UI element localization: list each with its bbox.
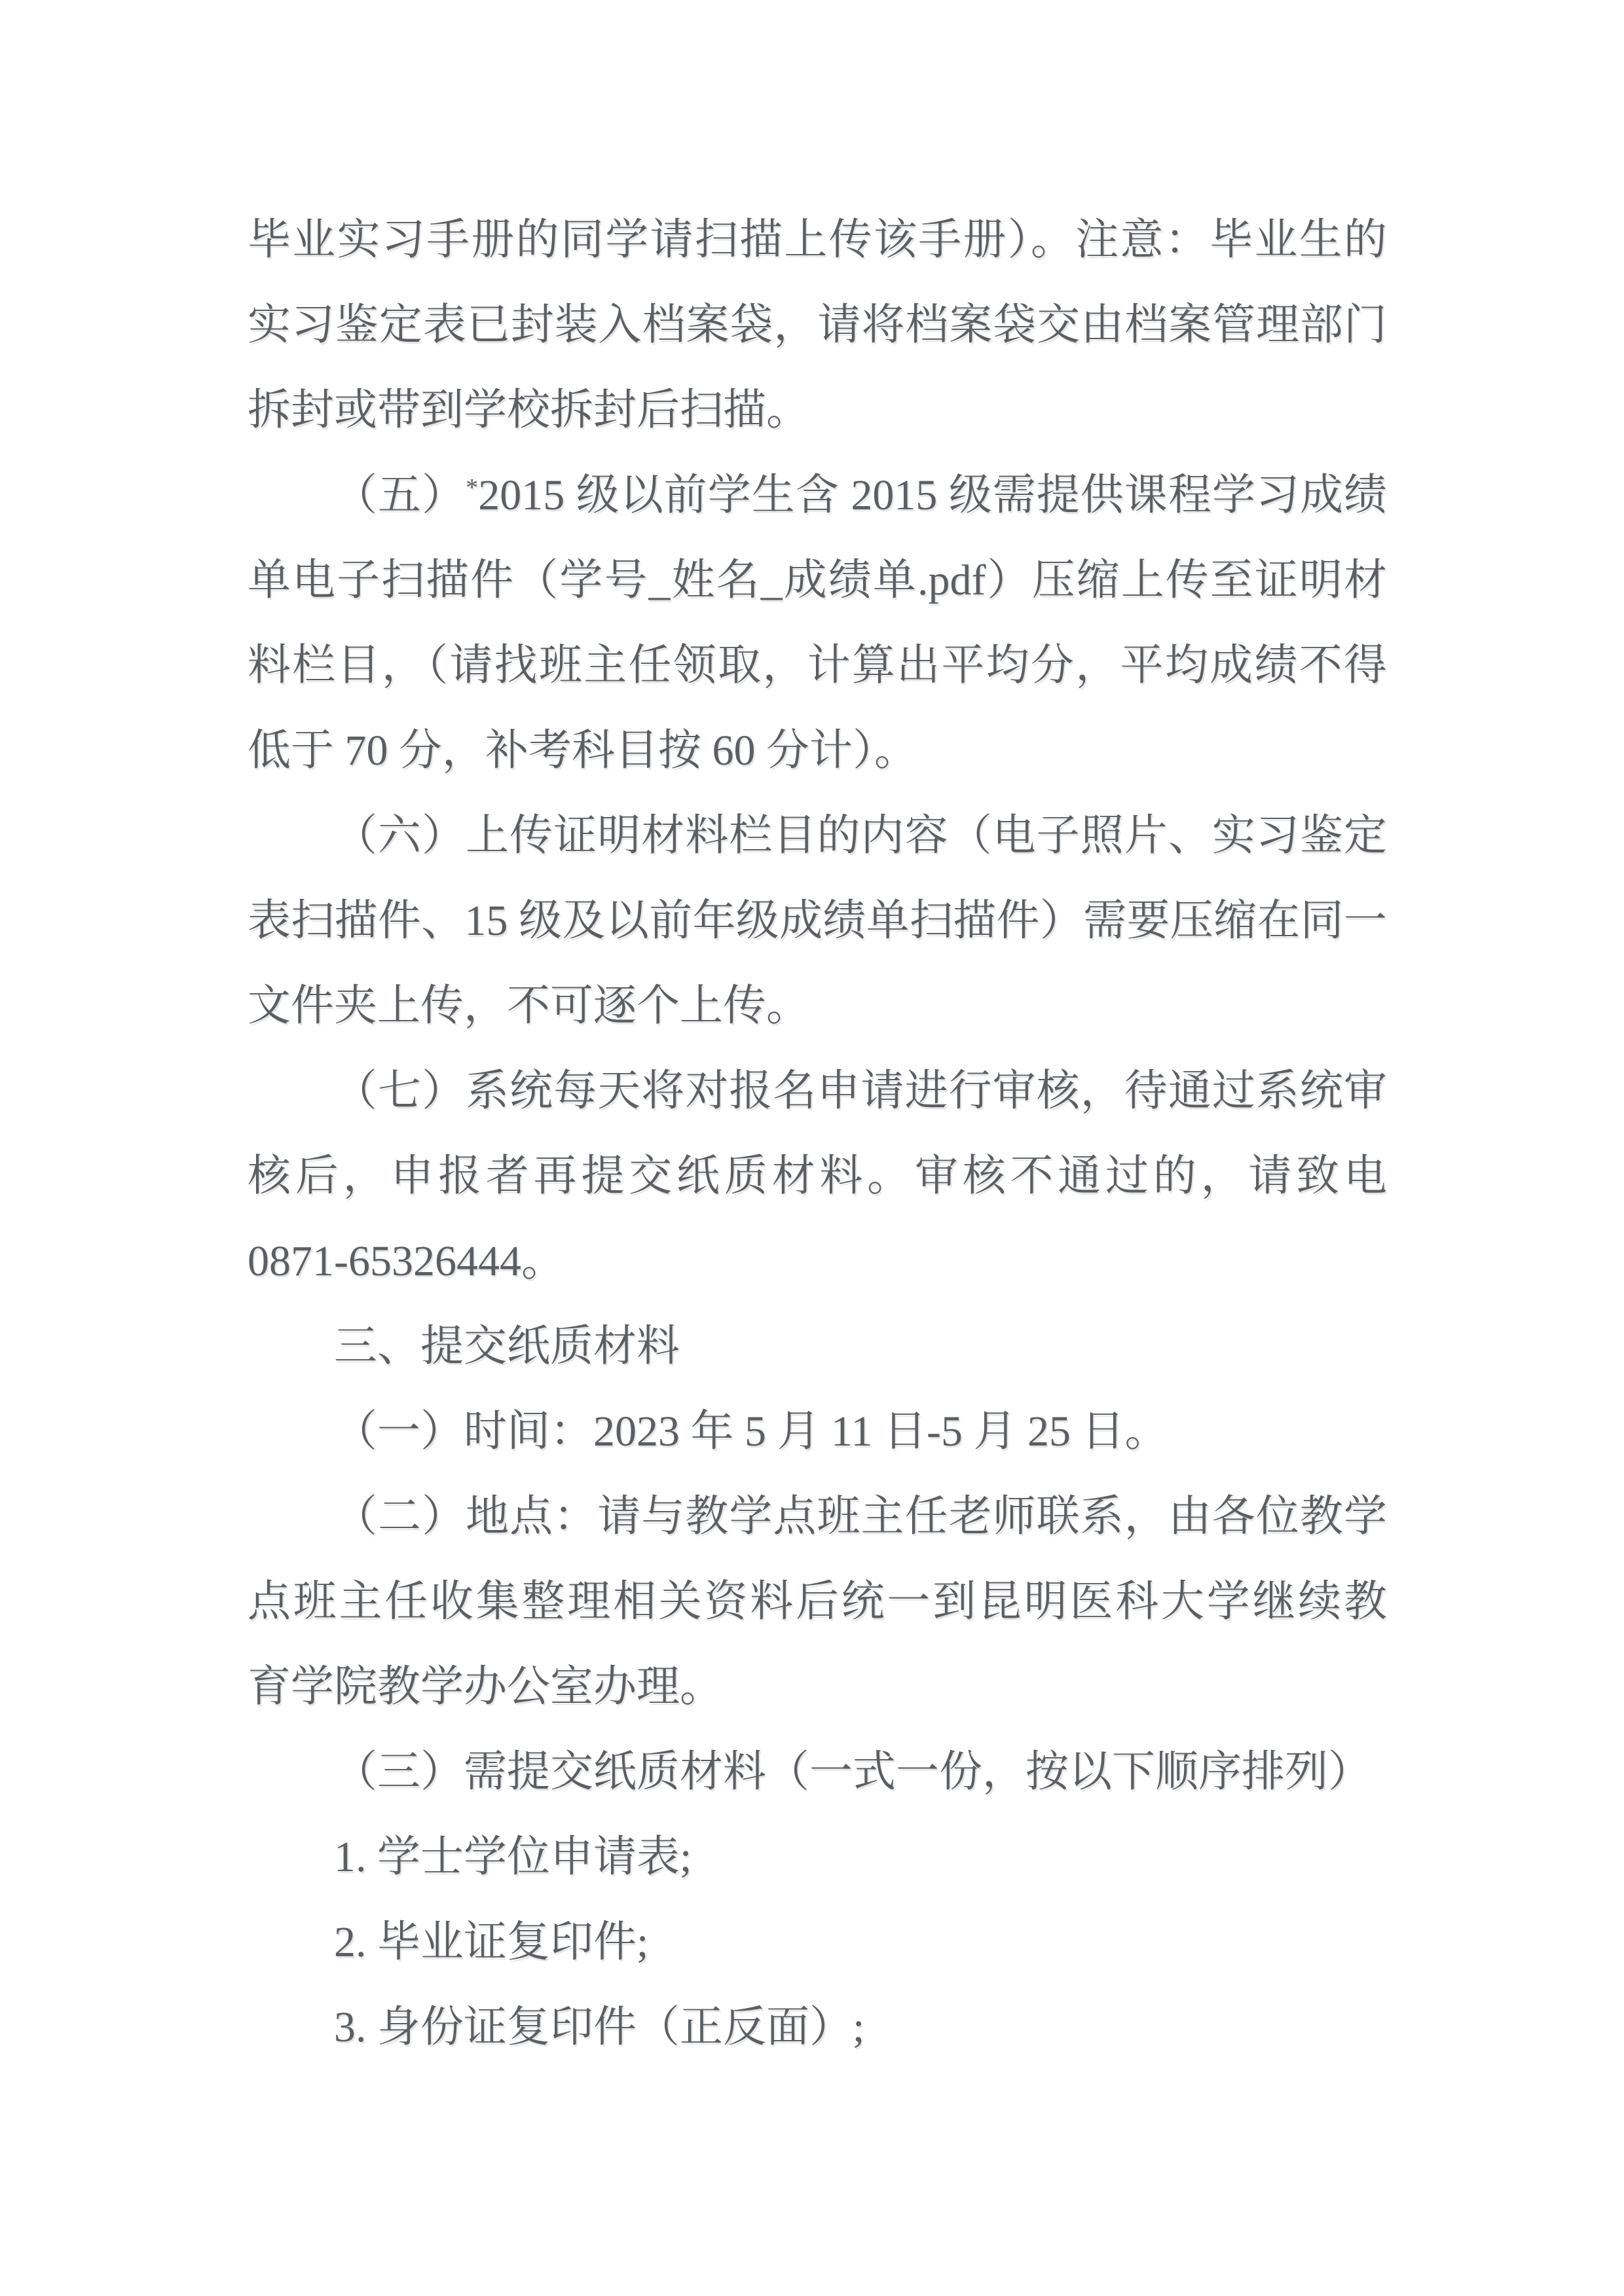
doc-list-item: 2. 毕业证复印件; bbox=[248, 1900, 1387, 1985]
doc-line: 实习鉴定表已封装入档案袋，请将档案袋交由档案管理部门 bbox=[248, 283, 1387, 368]
doc-line: 表扫描件、15 级及以前年级成绩单扫描件）需要压缩在同一 bbox=[248, 879, 1387, 964]
doc-line: 单电子扫描件（学号_姓名_成绩单.pdf）压缩上传至证明材 bbox=[248, 538, 1387, 623]
doc-line: （二）地点：请与教学点班主任老师联系，由各位教学 bbox=[248, 1474, 1387, 1559]
doc-line: 文件夹上传，不可逐个上传。 bbox=[248, 964, 1387, 1049]
document-page: 毕业实习手册的同学请扫描上传该手册）。注意：毕业生的 实习鉴定表已封装入档案袋，… bbox=[0, 0, 1624, 2296]
doc-line: 拆封或带到学校拆封后扫描。 bbox=[248, 368, 1387, 453]
doc-line: 育学院教学办公室办理。 bbox=[248, 1645, 1387, 1730]
doc-section-heading: 三、提交纸质材料 bbox=[248, 1304, 1387, 1389]
doc-line: （一）时间：2023 年 5 月 11 日-5 月 25 日。 bbox=[248, 1389, 1387, 1474]
doc-line: 低于 70 分，补考科目按 60 分计）。 bbox=[248, 708, 1387, 793]
document-text-block: 毕业实习手册的同学请扫描上传该手册）。注意：毕业生的 实习鉴定表已封装入档案袋，… bbox=[248, 198, 1387, 2070]
doc-line: 料栏目，（请找班主任领取，计算出平均分，平均成绩不得 bbox=[248, 623, 1387, 708]
doc-line: （五）*2015 级以前学生含 2015 级需提供课程学习成绩 bbox=[248, 453, 1387, 538]
footnote-asterisk: * bbox=[466, 474, 478, 501]
doc-list-item: 1. 学士学位申请表; bbox=[248, 1815, 1387, 1900]
doc-line: 毕业实习手册的同学请扫描上传该手册）。注意：毕业生的 bbox=[248, 198, 1387, 283]
doc-line: 核后，申报者再提交纸质材料。审核不通过的，请致电 bbox=[248, 1134, 1387, 1219]
doc-line-prefix: （五） bbox=[334, 471, 466, 519]
doc-list-item: 3. 身份证复印件（正反面）; bbox=[248, 1985, 1387, 2070]
doc-line: （三）需提交纸质材料（一式一份，按以下顺序排列） bbox=[248, 1730, 1387, 1815]
doc-line: （七）系统每天将对报名申请进行审核，待通过系统审 bbox=[248, 1049, 1387, 1134]
doc-line: 0871-65326444。 bbox=[248, 1219, 1387, 1304]
doc-line: 点班主任收集整理相关资料后统一到昆明医科大学继续教 bbox=[248, 1559, 1387, 1645]
doc-line: （六）上传证明材料栏目的内容（电子照片、实习鉴定 bbox=[248, 793, 1387, 879]
doc-line-text: 2015 级以前学生含 2015 级需提供课程学习成绩 bbox=[478, 471, 1387, 519]
